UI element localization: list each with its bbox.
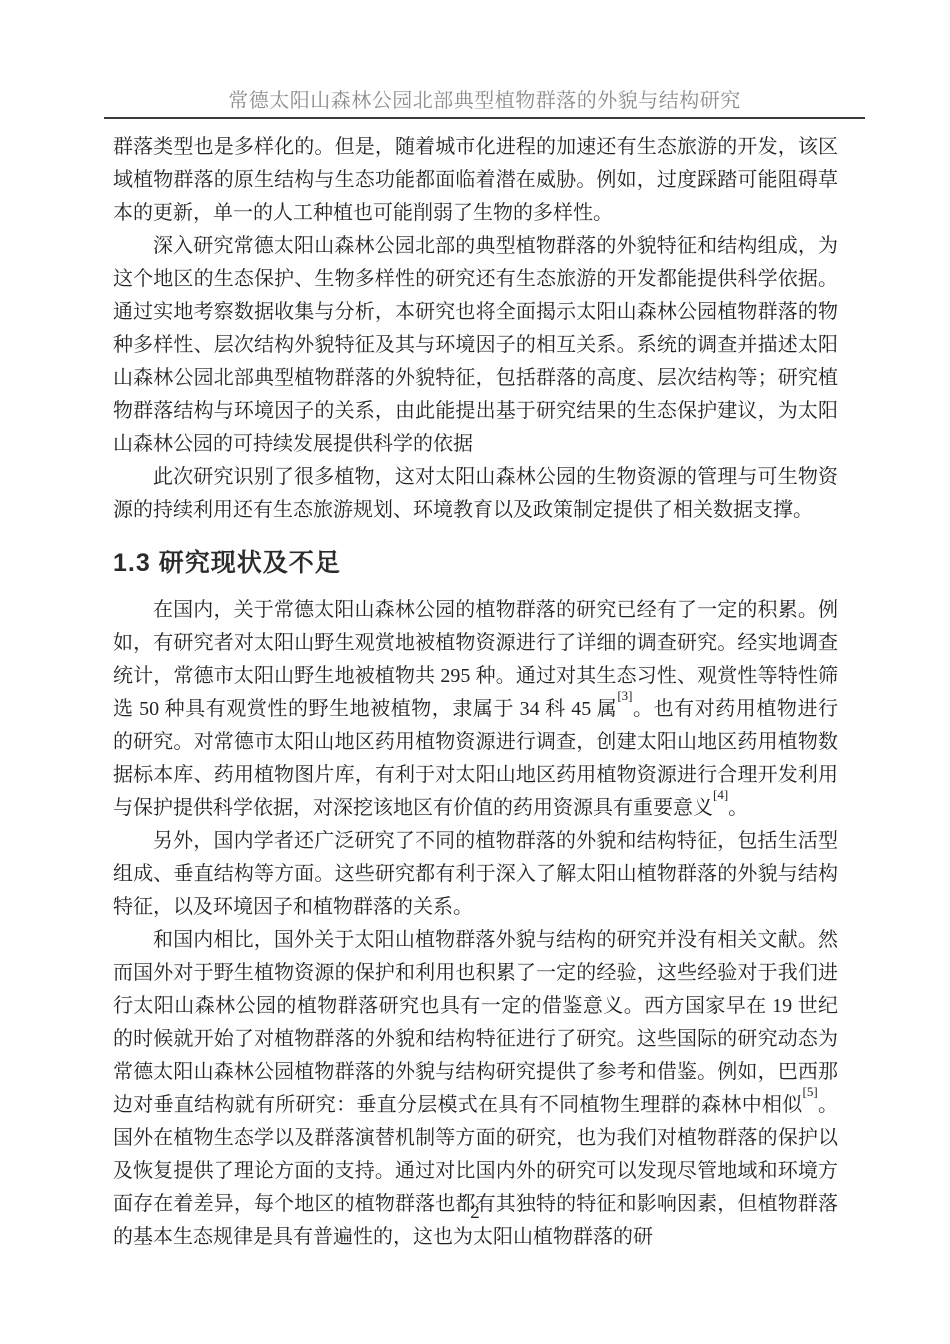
document-page: 常德太阳山森林公园北部典型植物群落的外貌与结构研究 群落类型也是多样化的。但是，… xyxy=(0,0,950,1344)
paragraph: 另外，国内学者还广泛研究了不同的植物群落的外貌和结构特征，包括生活型组成、垂直结… xyxy=(113,825,838,924)
paragraph: 在国内，关于常德太阳山森林公园的植物群落的研究已经有了一定的积累。例如，有研究者… xyxy=(113,594,838,825)
page-number: 2 xyxy=(470,1202,480,1223)
paragraph: 群落类型也是多样化的。但是，随着城市化进程的加速还有生态旅游的开发，该区域植物群… xyxy=(113,131,838,230)
header-rule xyxy=(104,117,865,119)
citation-ref: [3] xyxy=(617,688,632,703)
citation-ref: [5] xyxy=(803,1084,818,1099)
running-header-title: 常德太阳山森林公园北部典型植物群落的外貌与结构研究 xyxy=(104,88,865,115)
paragraph: 深入研究常德太阳山森林公园北部的典型植物群落的外貌特征和结构组成，为这个地区的生… xyxy=(113,230,838,461)
document-body: 群落类型也是多样化的。但是，随着城市化进程的加速还有生态旅游的开发，该区域植物群… xyxy=(113,131,838,1254)
section-heading: 1.3 研究现状及不足 xyxy=(113,548,838,578)
page-footer: 2 xyxy=(0,1202,950,1224)
running-header: 常德太阳山森林公园北部典型植物群落的外貌与结构研究 xyxy=(104,88,865,119)
citation-ref: [4] xyxy=(713,787,728,802)
paragraph: 此次研究识别了很多植物，这对太阳山森林公园的生物资源的管理与可生物资源的持续利用… xyxy=(113,461,838,527)
